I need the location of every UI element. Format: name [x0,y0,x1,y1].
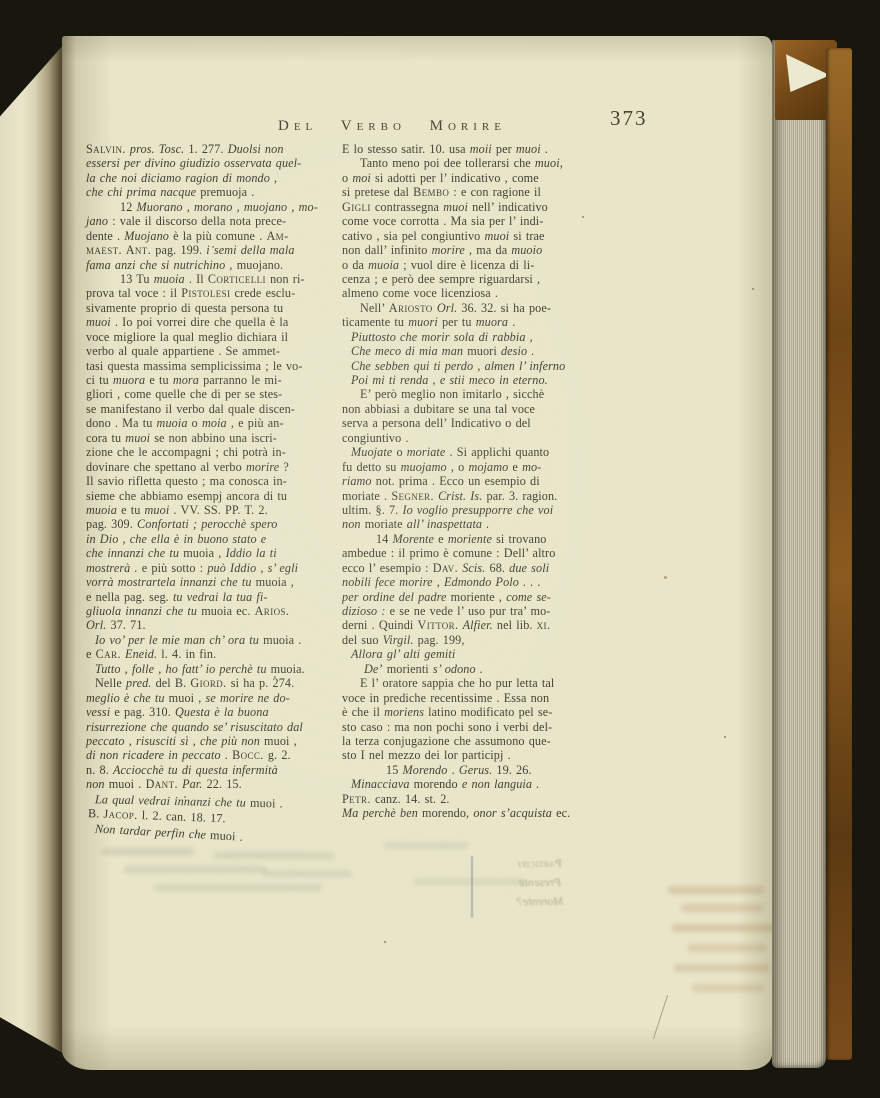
text-line: Muojate o moriate . Si applichi quanto [342,445,596,459]
text-line: congiuntivo . [342,431,596,445]
smudge [124,866,266,873]
text-line: n. 8. Acciocchè tu di questa infermità [86,763,340,777]
text-line: che innanzi che tu muoia , Iddio la ti [86,546,340,560]
text-line: la che noi diciamo ragion di mondo , [86,171,340,185]
text-line: se manifestano il verbo dal quale discen… [86,402,340,416]
text-line: muoi . Io poi vorrei dire che quella è l… [86,315,340,329]
text-line: cora tu muoi se non abbino una iscri- [86,431,340,445]
text-line: cenza ; e però dee sempre riguardarsi , [342,272,596,286]
text-line: Ma perchè ben morendo, onor s’acquista e… [342,806,596,820]
smudge [414,878,524,885]
smudge [154,884,322,891]
text-line: Tutto , folle , ho fatt’ io perchè tu mu… [86,662,340,676]
text-line: Petr. canz. 14. st. 2. [342,792,596,806]
text-line: o da muoia ; vuol dire è licenza di li- [342,258,596,272]
text-line: è che il moriens latino modificato pel s… [342,705,596,719]
paper-speck [184,796,186,798]
paper-speck [384,941,386,943]
text-line: del suo Virgil. pag. 199, [342,633,596,647]
text-line: Che sebben qui ti perdo , almen l’ infer… [342,359,596,373]
text-line: tasi questa massima semplicissima ; le v… [86,359,340,373]
text-line: non moriate all’ inaspettata . [342,517,596,531]
text-line: riamo not. prima . Ecco un esempio di [342,474,596,488]
text-line: essersi per divino giudizio osservata qu… [86,156,340,170]
smudge [102,848,194,855]
text-line: meglio è che tu muoi , se morire ne do- [86,691,340,705]
text-line: ultim. §. 7. Io voglio presupporre che v… [342,503,596,517]
text-line: Io vo’ per le mie man ch’ ora tu muoia . [86,633,340,647]
smudge [262,870,352,877]
paper-crease [653,995,668,1039]
text-line: vorrà mostrartela innanzi che tu muoia , [86,575,340,589]
text-line: derni . Quindi Vittor. Alfier. nel lib. … [342,618,596,632]
left-page-edge [0,40,64,1058]
text-line: Allora gl’ alti gemiti [342,647,596,661]
text-line: fama anzi che si nutrichino , muojano. [86,258,340,272]
scanned-book-photo: Del Verbo Morire 373 Salvin. pros. Tosc.… [0,0,880,1098]
paper-speck [664,576,667,579]
text-line: ci tu muora e tu mora parranno le mi- [86,373,340,387]
text-line: in Dio , che ella è in buono stato e [86,532,340,546]
book-page: Del Verbo Morire 373 Salvin. pros. Tosc.… [62,36,772,1070]
text-line: sto caso : ma non pochi sono i verbi del… [342,720,596,734]
text-line: gliori , come quelle che di per se stes- [86,387,340,401]
text-line: Che meco di mia man muori desio . [342,344,596,358]
text-line: Nelle pred. del B. Giord. si ha p. 274. [86,676,340,690]
text-line: dovinare che spettano al verbo morire ? [86,460,340,474]
text-line: 13 Tu muoia . Il Corticelli non ri- [86,272,340,286]
text-line: la terza conjugazione che assumono que- [342,734,596,748]
smudge [674,964,770,972]
text-line: moriate . Segner. Crist. Is. par. 3. rag… [342,489,596,503]
text-line: Salvin. pros. Tosc. 1. 277. Duolsi non [86,142,340,156]
text-line: E l’ oratore sappia che ho pur letta tal [342,676,596,690]
text-line: ticamente tu muori per tu muora . [342,315,596,329]
text-line: gliuola innanzi che tu muoia ec. Arios. [86,604,340,618]
smudge [692,984,764,992]
smudge [672,924,776,932]
smudge [384,842,468,849]
text-line: o moi si adotti per l’ indicativo , come [342,171,596,185]
text-line: cativo , sia pel congiuntivo muoi si tra… [342,229,596,243]
smudge [682,904,764,912]
text-line: sieme che abbiamo esempj ancora di tu [86,489,340,503]
paper-speck [274,676,276,678]
text-line: come voce corrotta . Ma sia per l’ indi- [342,214,596,228]
text-line: ambedue : il primo è comune : Dell’ altr… [342,546,596,560]
text-line: serva a persona dell’ Indicativo o del [342,416,596,430]
text-line: 12 Muorano , morano , muojano , mo- [86,200,340,214]
text-line: dono . Ma tu muoia o moia , e più an- [86,416,340,430]
text-line: pag. 309. Confortati ; perocchè spero [86,517,340,531]
smudge [688,944,766,952]
text-line: dente . Muojano è la più comune . Am- [86,229,340,243]
text-line: muoia e tu muoi . VV. SS. PP. T. 2. [86,503,340,517]
text-line: zione che le accompagni ; chi potrà in- [86,445,340,459]
text-line: mostrerà . e più sotto : può Iddio , s’ … [86,561,340,575]
text-line: Orl. 37. 71. [86,618,340,632]
text-line: vessi e pag. 310. Questa è la buona [86,705,340,719]
text-line: che chi prima nacque premuoja . [86,185,340,199]
text-column-right: E lo stesso satir. 10. usa moii per muoi… [342,142,596,821]
text-line: prova tal voce : il Pistolesi crede escl… [86,286,340,300]
text-line: risurrezione che quando se’ risuscitato … [86,720,340,734]
text-line: jano : vale il discorso della nota prece… [86,214,340,228]
smudge [214,852,334,859]
text-line: non muoi . Dant. Par. 22. 15. [86,777,340,791]
text-line: Gigli contrassegna muoi nell’ indicativo [342,200,596,214]
text-line: voce in prediche recentissime . Essa non [342,691,596,705]
text-line: ecco l’ esempio : Dav. Scis. 68. due sol… [342,561,596,575]
text-line: Il savio rifletta questo ; ma conosca in… [86,474,340,488]
text-line: di non ricadere in peccato . Bocc. g. 2. [86,748,340,762]
page-number: 373 [610,106,648,131]
text-line: sivamente proprio di questa persona tu [86,301,340,315]
text-line: Nell’ Ariosto Orl. 36. 32. si ha poe- [342,301,596,315]
text-line: Poi mi ti renda , e stii meco in eterno. [342,373,596,387]
text-line: 15 Morendo . Gerus. 19. 26. [342,763,596,777]
text-line: non dall’ infinito morire , ma da muoio [342,243,596,257]
fore-edge-page-stack [772,40,826,1068]
text-line: E lo stesso satir. 10. usa moii per muoi… [342,142,596,156]
text-line: e Car. Eneid. l. 4. in fin. [86,647,340,661]
text-line: peccato , risusciti sì , che più non muo… [86,734,340,748]
text-line: voce migliore la qual meglio dichiara il [86,330,340,344]
text-line: E’ però meglio non imitarlo , sicchè [342,387,596,401]
text-line: e nella pag. seg. tu vedrai la tua fi- [86,590,340,604]
text-line: per ordine del padre moriente , come se- [342,590,596,604]
text-line: non abbiasi a dubitare se una tal voce [342,402,596,416]
text-line: Tanto meno poi dee tollerarsi che muoi, [342,156,596,170]
text-line: Piuttosto che morir sola di rabbia , [342,330,596,344]
text-line: Morente? [470,891,610,911]
text-line: fu detto su muojamo , o mojamo e mo- [342,460,596,474]
text-line: nobili fece morire , Edmondo Polo . . . [342,575,596,589]
paper-speck [212,246,214,248]
book-cover-edge [826,48,852,1060]
text-line: Participj [470,853,610,873]
text-line: dizioso : e se ne vede l’ uso pur tra’ m… [342,604,596,618]
paper-speck [494,366,496,368]
text-line: sto I nel mezzo dei lor participj . [342,748,596,762]
text-line: si pretese dal Bembo : e con ragione il [342,185,596,199]
text-line: almeno come voce licenziosa . [342,286,596,300]
paper-speck [724,736,726,738]
text-line: De’ morienti s’ odono . [342,662,596,676]
paper-speck [752,288,754,290]
text-line: Minacciava morendo e non languia . [342,777,596,791]
page-header-title: Del Verbo Morire [202,118,582,135]
smudge [668,886,764,894]
text-line: 14 Morente e moriente si trovano [342,532,596,546]
paper-speck [582,216,584,218]
text-line: verbo al quale appartiene . Se ammet- [86,344,340,358]
